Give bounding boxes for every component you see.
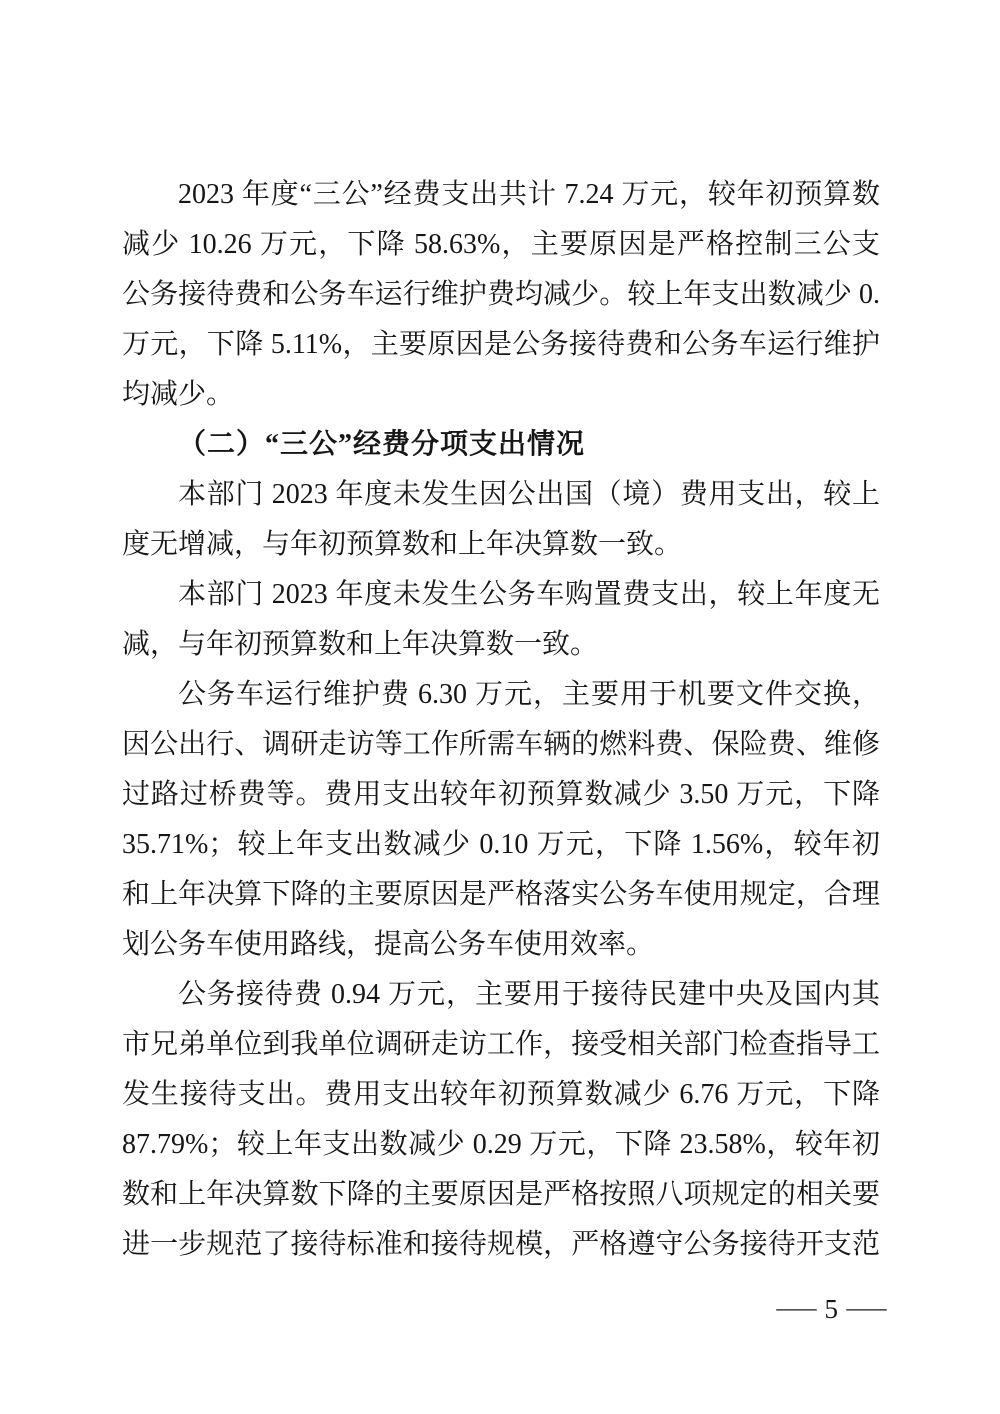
paragraph-line: 均减少。 bbox=[122, 370, 880, 420]
footer-dash-right: — bbox=[847, 1295, 887, 1323]
paragraph-line: 市兄弟单位到我单位调研走访工作，接受相关部门检查指导工作 bbox=[122, 1020, 880, 1070]
paragraph-line: 35.71%；较上年支出数减少 0.10 万元，下降 1.56%，较年初预算 bbox=[122, 820, 880, 870]
section-heading: （二）“三公”经费分项支出情况 bbox=[122, 420, 880, 470]
paragraph-line: 度无增减，与年初预算数和上年决算数一致。 bbox=[122, 520, 880, 570]
page-number: 5 bbox=[825, 1294, 839, 1325]
paragraph-line: 减少 10.26 万元，下降 58.63%，主要原因是严格控制三公支出， bbox=[122, 220, 880, 270]
paragraph-line: 过路过桥费等。费用支出较年初预算数减少 3.50 万元，下降 bbox=[122, 770, 880, 820]
page-footer: — 5 — bbox=[784, 1292, 880, 1326]
paragraph-line: 本部门 2023 年度未发生因公出国（境）费用支出，较上年 bbox=[122, 470, 880, 520]
paragraph-line: 发生接待支出。费用支出较年初预算数减少 6.76 万元，下降 bbox=[122, 1070, 880, 1120]
paragraph-line: 公务车运行维护费 6.30 万元，主要用于机要文件交换，市内 bbox=[122, 670, 880, 720]
paragraph-line: 87.79%；较上年支出数减少 0.29 万元，下降 23.58%，较年初预算 bbox=[122, 1120, 880, 1170]
paragraph-line: 公务接待费和公务车运行维护费均减少。较上年支出数减少 0.39 bbox=[122, 270, 880, 320]
document-body: 2023 年度“三公”经费支出共计 7.24 万元，较年初预算数 减少 10.2… bbox=[122, 170, 880, 1270]
paragraph-line: 进一步规范了接待标准和接待规模，严格遵守公务接待开支范围 bbox=[122, 1220, 880, 1270]
paragraph-line: 数和上年决算数下降的主要原因是严格按照八项规定的相关要求 bbox=[122, 1170, 880, 1220]
document-page: 2023 年度“三公”经费支出共计 7.24 万元，较年初预算数 减少 10.2… bbox=[0, 0, 1000, 1414]
paragraph-line: 万元，下降 5.11%，主要原因是公务接待费和公务车运行维护费 bbox=[122, 320, 880, 370]
paragraph-line: 公务接待费 0.94 万元，主要用于接待民建中央及国内其他省 bbox=[122, 970, 880, 1020]
paragraph-line: 2023 年度“三公”经费支出共计 7.24 万元，较年初预算数 bbox=[122, 170, 880, 220]
paragraph-line: 和上年决算下降的主要原因是严格落实公务车使用规定，合理规 bbox=[122, 870, 880, 920]
paragraph-line: 减，与年初预算数和上年决算数一致。 bbox=[122, 620, 880, 670]
paragraph-line: 因公出行、调研走访等工作所需车辆的燃料费、保险费、维修费、 bbox=[122, 720, 880, 770]
footer-dash-left: — bbox=[776, 1295, 816, 1323]
paragraph-line: 划公务车使用路线，提高公务车使用效率。 bbox=[122, 920, 880, 970]
paragraph-line: 本部门 2023 年度未发生公务车购置费支出，较上年度无增 bbox=[122, 570, 880, 620]
